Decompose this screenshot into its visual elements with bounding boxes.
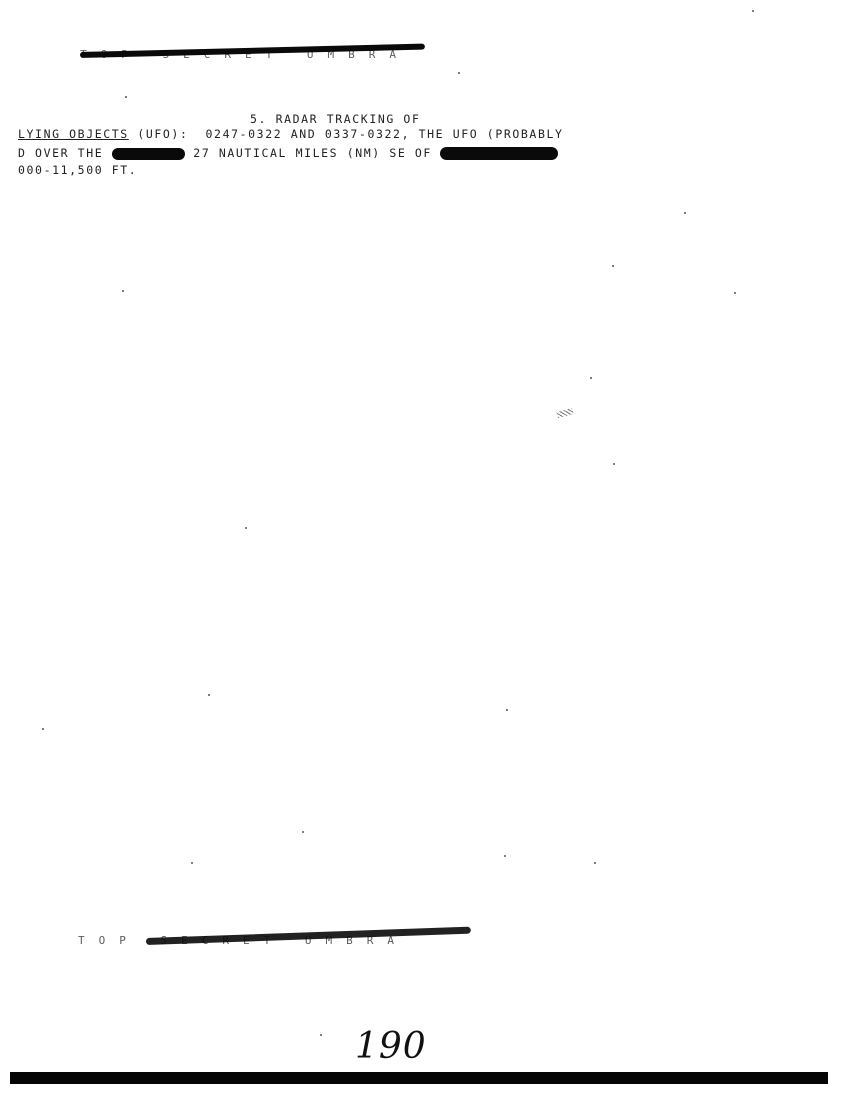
handwritten-page-number: 190 [355, 1026, 427, 1067]
scan-speck [125, 96, 127, 98]
body-line-2: D OVER THE 27 NAUTICAL MILES (NM) SE OF [18, 147, 558, 160]
body-line-3: 000-11,500 FT. [18, 164, 137, 177]
body-line-1-text: (UFO): 0247-0322 AND 0337-0322, THE UFO … [129, 127, 564, 141]
scan-speck [504, 855, 506, 857]
scan-speck [684, 212, 686, 214]
scan-speck [594, 862, 596, 864]
scan-speck [42, 728, 44, 730]
scan-speck [734, 292, 736, 294]
scan-speck [613, 463, 615, 465]
scan-speck [320, 1034, 322, 1036]
scan-speck [191, 862, 193, 864]
body-line-2-middle: 27 NAUTICAL MILES (NM) SE OF [185, 146, 441, 160]
scan-speck [245, 527, 247, 529]
section-heading: 5. RADAR TRACKING OF [250, 113, 420, 126]
scan-speck [458, 72, 460, 74]
scan-speck [302, 831, 304, 833]
redaction-block [440, 147, 558, 160]
scan-smudge [556, 408, 573, 418]
scan-speck [506, 709, 508, 711]
scan-speck [122, 290, 124, 292]
body-line-2-start: D OVER THE [18, 146, 112, 160]
scan-speck [612, 265, 614, 267]
scan-speck [208, 694, 210, 696]
scanned-document-page: TOP SECRET UMBRA 5. RADAR TRACKING OF LY… [0, 0, 850, 1097]
redaction-block [112, 148, 185, 160]
scan-speck [590, 377, 592, 379]
underlined-subject: LYING OBJECTS [18, 127, 129, 141]
scan-speck [752, 10, 754, 12]
scan-edge-bar [10, 1072, 828, 1084]
body-line-1: LYING OBJECTS (UFO): 0247-0322 AND 0337-… [18, 128, 564, 141]
